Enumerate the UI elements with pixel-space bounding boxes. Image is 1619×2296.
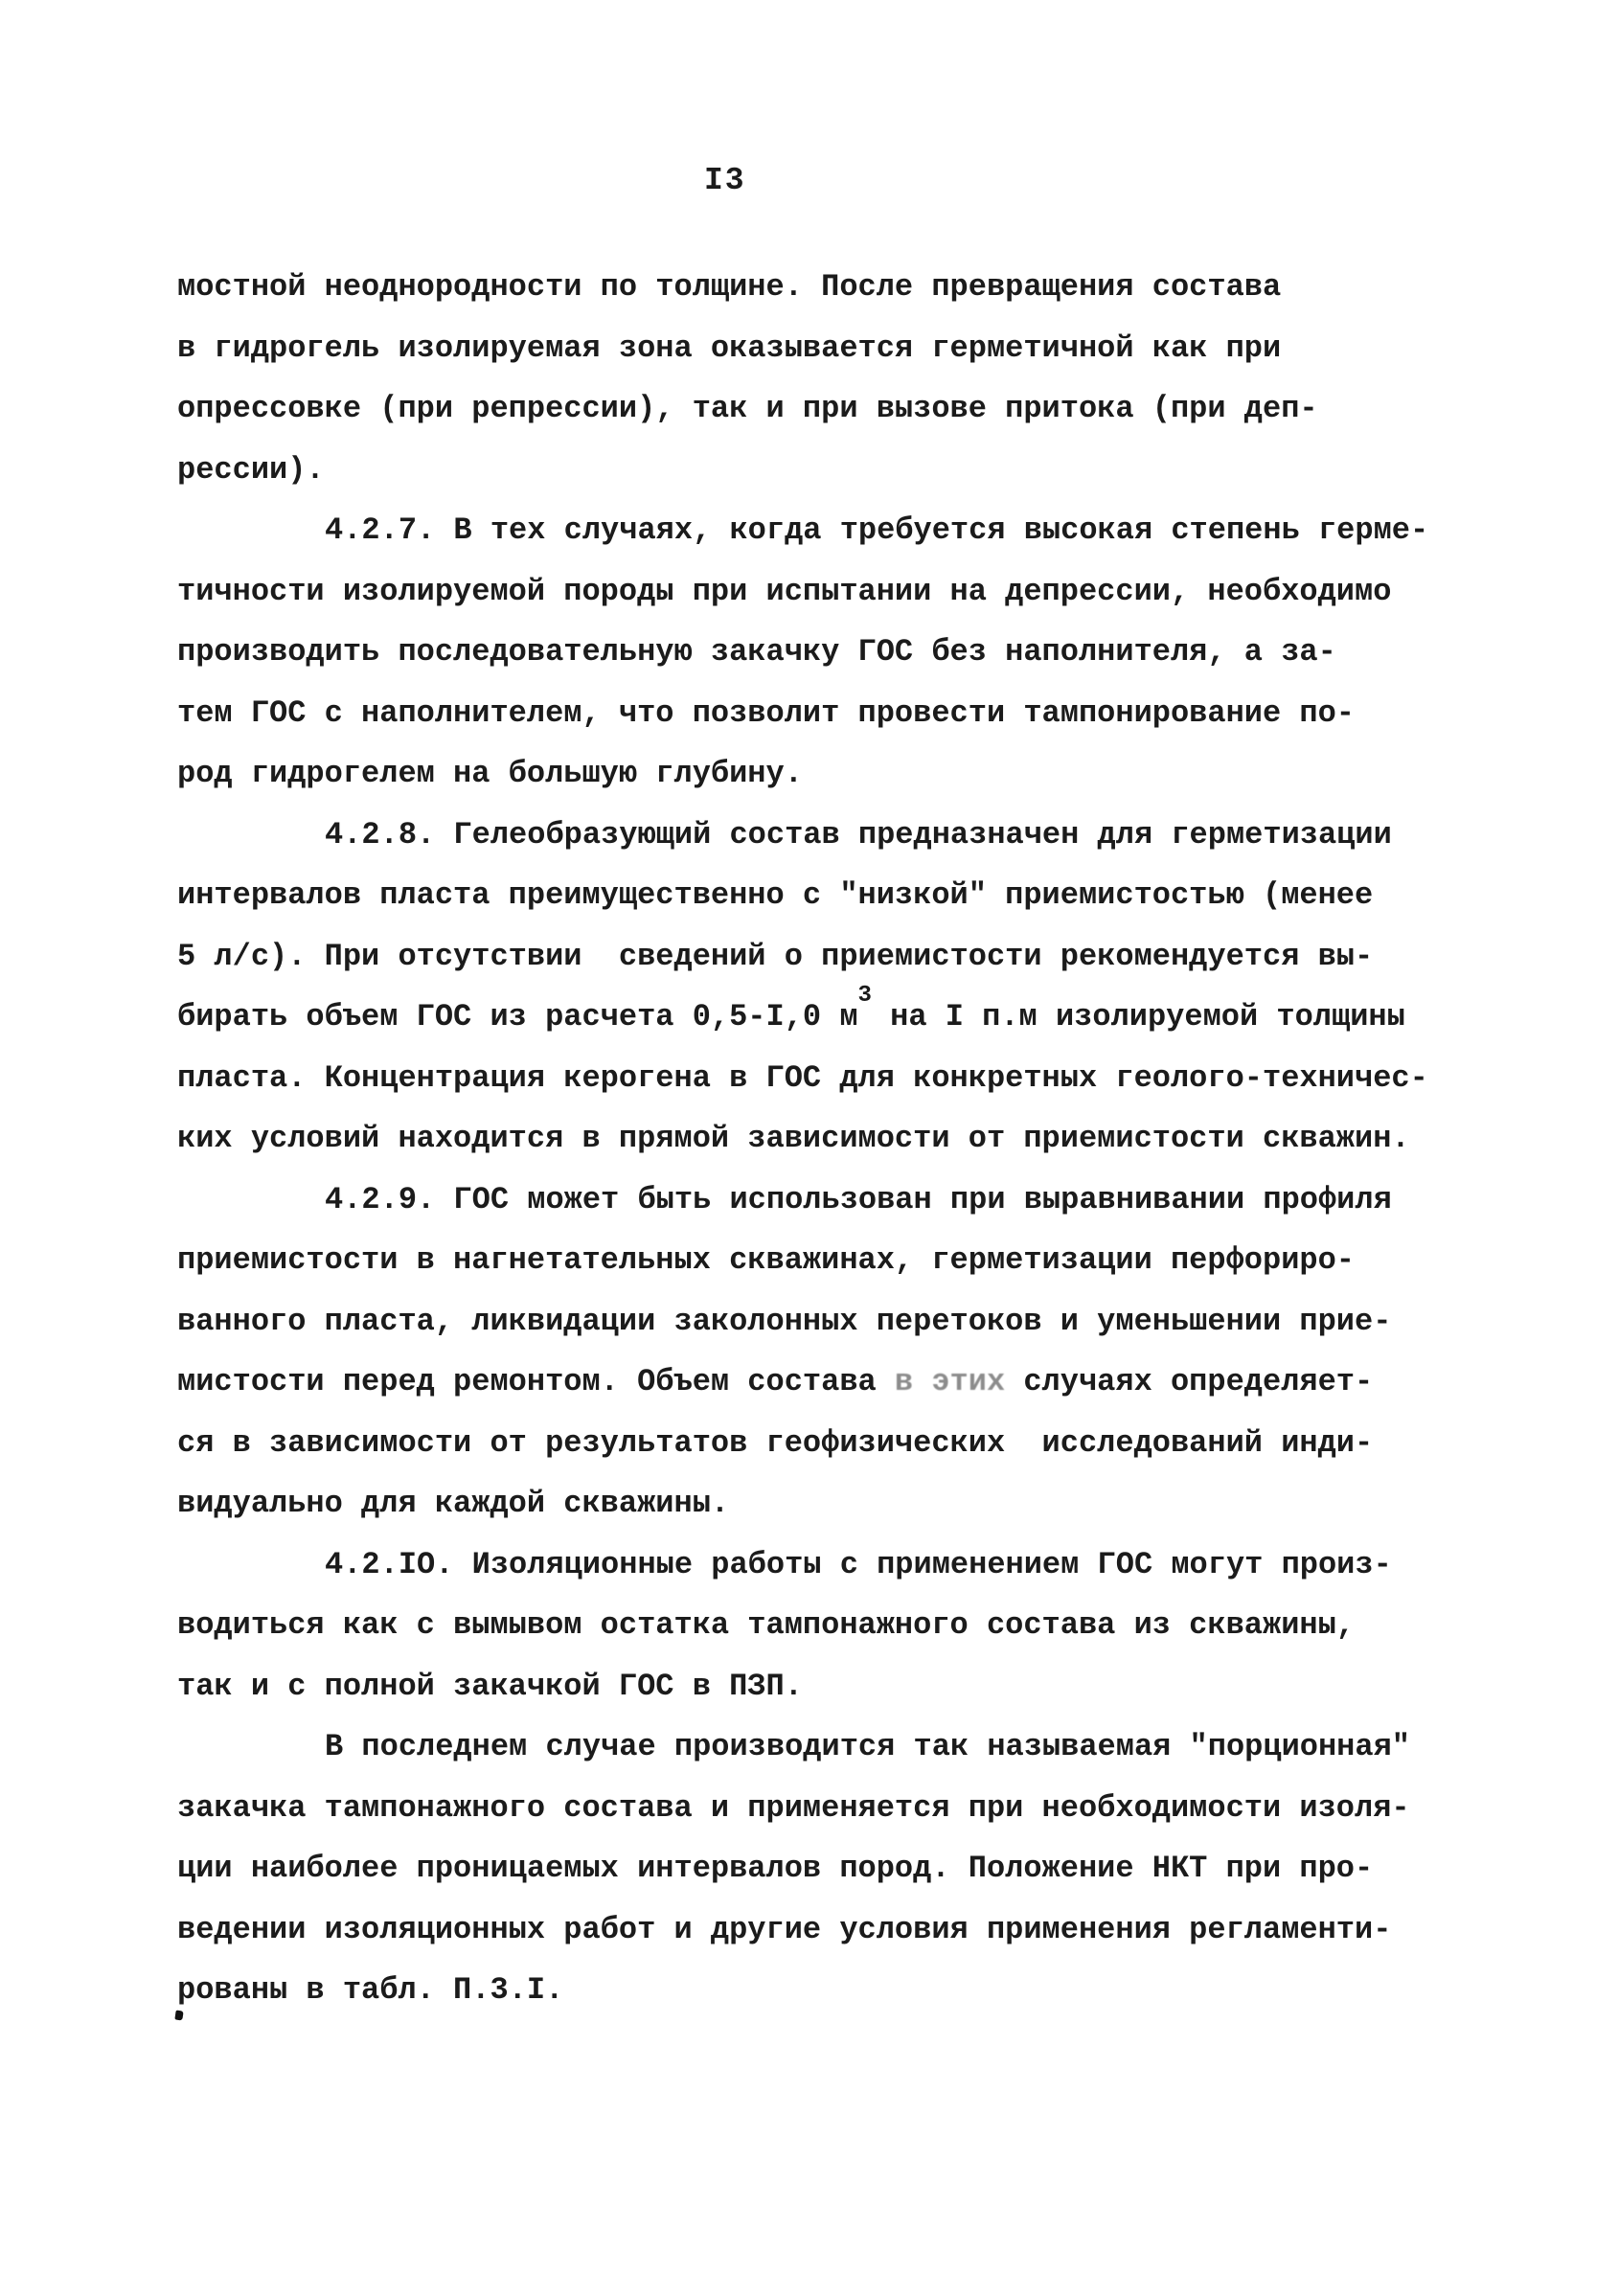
superscript-3: 3 — [858, 983, 872, 1009]
text-line: в гидрогель изолируемая зона оказывается… — [177, 318, 1480, 379]
text-line: рессии). — [177, 440, 1480, 501]
text-line: род гидрогелем на большую глубину. — [177, 743, 1480, 805]
document-page: I3 мостной неоднородности по толщине. По… — [0, 0, 1619, 2296]
text-line-paragraph-4-2-10: 4.2.IO. Изоляционные работы с применение… — [177, 1534, 1480, 1596]
text-line: ся в зависимости от результатов геофизич… — [177, 1413, 1480, 1474]
text-line: приемистости в нагнетательных скважинах,… — [177, 1230, 1480, 1291]
text-line-with-faded-segment: мистости перед ремонтом. Объем состава в… — [177, 1352, 1480, 1413]
faded-text-segment: в этих — [895, 1364, 1005, 1399]
page-number: I3 — [704, 163, 746, 198]
text-line: пласта. Концентрация керогена в ГОС для … — [177, 1048, 1480, 1109]
text-line: мостной неоднородности по толщине. После… — [177, 257, 1480, 318]
text-segment: бирать объем ГОС из расчета 0,5-I,0 м — [177, 999, 858, 1034]
text-line: ких условий находится в прямой зависимос… — [177, 1108, 1480, 1170]
text-line: 5 л/с). При отсутствии сведений о приеми… — [177, 926, 1480, 988]
text-segment: случаях определяет- — [1005, 1364, 1373, 1399]
text-line: ции наиболее проницаемых интервалов поро… — [177, 1838, 1480, 1899]
text-line-with-superscript: бирать объем ГОС из расчета 0,5-I,0 м3 н… — [177, 987, 1480, 1048]
text-line: ведении изоляционных работ и другие усло… — [177, 1899, 1480, 1961]
text-line: тичности изолируемой породы при испытани… — [177, 561, 1480, 623]
text-line: тем ГОС с наполнителем, что позволит про… — [177, 683, 1480, 744]
text-line: так и с полной закачкой ГОС в ПЗП. — [177, 1656, 1480, 1717]
text-line: водиться как с вымывом остатка тампонажн… — [177, 1595, 1480, 1656]
text-line: рованы в табл. П.3.I. — [177, 1960, 1480, 2021]
text-line-paragraph-4-2-9: 4.2.9. ГОС может быть использован при вы… — [177, 1170, 1480, 1231]
text-line: видуально для каждой скважины. — [177, 1473, 1480, 1534]
text-line: производить последовательную закачку ГОС… — [177, 622, 1480, 683]
text-segment: мистости перед ремонтом. Объем состава — [177, 1364, 895, 1399]
text-line-paragraph-4-2-8: 4.2.8. Гелеобразующий состав предназначе… — [177, 805, 1480, 866]
text-line: интервалов пласта преимущественно с "низ… — [177, 865, 1480, 926]
text-line: закачка тампонажного состава и применяет… — [177, 1778, 1480, 1839]
text-line-paragraph-4-2-7: 4.2.7. В тех случаях, когда требуется вы… — [177, 500, 1480, 561]
text-segment: на I п.м изолируемой толщины — [872, 999, 1405, 1034]
text-line-paragraph-last-case: В последнем случае производится так назы… — [177, 1716, 1480, 1778]
text-line: ванного пласта, ликвидации заколонных пе… — [177, 1291, 1480, 1353]
text-line: опрессовке (при репрессии), так и при вы… — [177, 378, 1480, 440]
text-block: мостной неоднородности по толщине. После… — [177, 257, 1480, 2021]
